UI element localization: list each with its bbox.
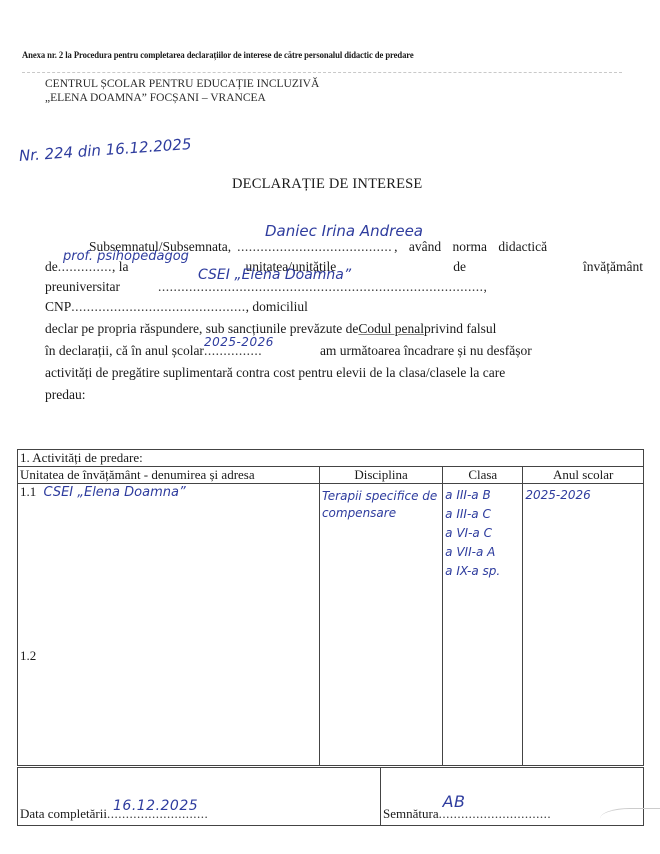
domiciliul-label: , domiciliul bbox=[246, 296, 308, 318]
preuniversitar-label: preuniversitar bbox=[45, 276, 120, 298]
document-title: DECLARAȚIE DE INTERESE bbox=[232, 176, 422, 193]
annex-header: Anexa nr. 2 la Procedura pentru completa… bbox=[22, 50, 414, 61]
function-field[interactable]: prof. psihopedagog bbox=[63, 246, 189, 268]
invatamant-label: învățământ bbox=[583, 256, 643, 278]
row-index: 1.1 bbox=[20, 484, 36, 499]
institution-line-1: CENTRUL ȘCOLAR PENTRU EDUCAȚIE INCLUZIVĂ bbox=[45, 78, 319, 90]
header-year: Anul scolar bbox=[523, 467, 644, 484]
declaration-text-4: predau: bbox=[45, 384, 85, 406]
date-cell: Data completării........................… bbox=[18, 768, 381, 826]
discipline-cell[interactable]: Terapii specifice de compensare bbox=[319, 484, 442, 766]
class-item: a III-a B bbox=[445, 486, 520, 505]
row-index-2: 1.2 bbox=[20, 648, 36, 664]
school-year-field[interactable]: 2025-2026 bbox=[204, 331, 274, 353]
cnp-field[interactable]: ........................................… bbox=[71, 296, 245, 318]
page-edge-mark bbox=[600, 808, 660, 829]
domiciliu-field[interactable] bbox=[308, 296, 643, 318]
declaration-text-1b: privind falsul bbox=[424, 318, 496, 340]
class-item: a III-a C bbox=[445, 505, 520, 524]
de2-label: de bbox=[453, 256, 466, 278]
table-row: 1.1 CSEI „Elena Doamna” 1.2 Terapii spec… bbox=[18, 484, 644, 766]
unit-field[interactable]: CSEI „Elena Doamna” bbox=[198, 264, 351, 286]
footer-table: Data completării........................… bbox=[17, 767, 644, 826]
header-discipline: Disciplina bbox=[319, 467, 442, 484]
name-field[interactable]: Daniec Irina Andreea bbox=[265, 220, 423, 242]
class-item: a IX-a sp. bbox=[445, 562, 520, 581]
header-unit: Unitatea de învățământ - denumirea și ad… bbox=[18, 467, 320, 484]
declaration-paragraph: Subsemnatul/Subsemnata, ................… bbox=[45, 236, 643, 446]
activities-table: 1. Activități de predare: Unitatea de în… bbox=[17, 449, 644, 766]
class-item: a VII-a A bbox=[445, 543, 520, 562]
de-label: de bbox=[45, 259, 58, 274]
header-class: Clasa bbox=[443, 467, 523, 484]
cnp-label: CNP bbox=[45, 296, 71, 318]
declaration-text-2b: am următoarea încadrare și nu desfășor bbox=[320, 340, 532, 362]
codul-penal-link: Codul penal bbox=[358, 318, 424, 340]
registration-number: Nr. 224 din 16.12.2025 bbox=[18, 135, 192, 165]
section-title: 1. Activități de predare: bbox=[18, 450, 644, 467]
unit-cell[interactable]: CSEI „Elena Doamna” bbox=[44, 485, 186, 500]
header-divider bbox=[22, 72, 622, 73]
date-field[interactable]: 16.12.2025 bbox=[113, 798, 198, 814]
signature-field[interactable]: AB bbox=[443, 792, 466, 811]
year-cell[interactable]: 2025-2026 bbox=[523, 484, 644, 766]
class-cell[interactable]: a III-a B a III-a C a VI-a C a VII-a A a… bbox=[443, 484, 523, 766]
declaration-text-1a: declar pe propria răspundere, sub sancți… bbox=[45, 318, 358, 340]
signature-label: Semnătura bbox=[383, 806, 439, 821]
declaration-text-3: activități de pregătire suplimentară con… bbox=[45, 362, 505, 384]
declaration-text-2a: în declarații, că în anul școlar bbox=[45, 340, 204, 362]
institution-line-2: „ELENA DOAMNA” FOCȘANI – VRANCEA bbox=[45, 92, 266, 104]
class-item: a VI-a C bbox=[445, 524, 520, 543]
date-label: Data completării bbox=[20, 806, 107, 821]
